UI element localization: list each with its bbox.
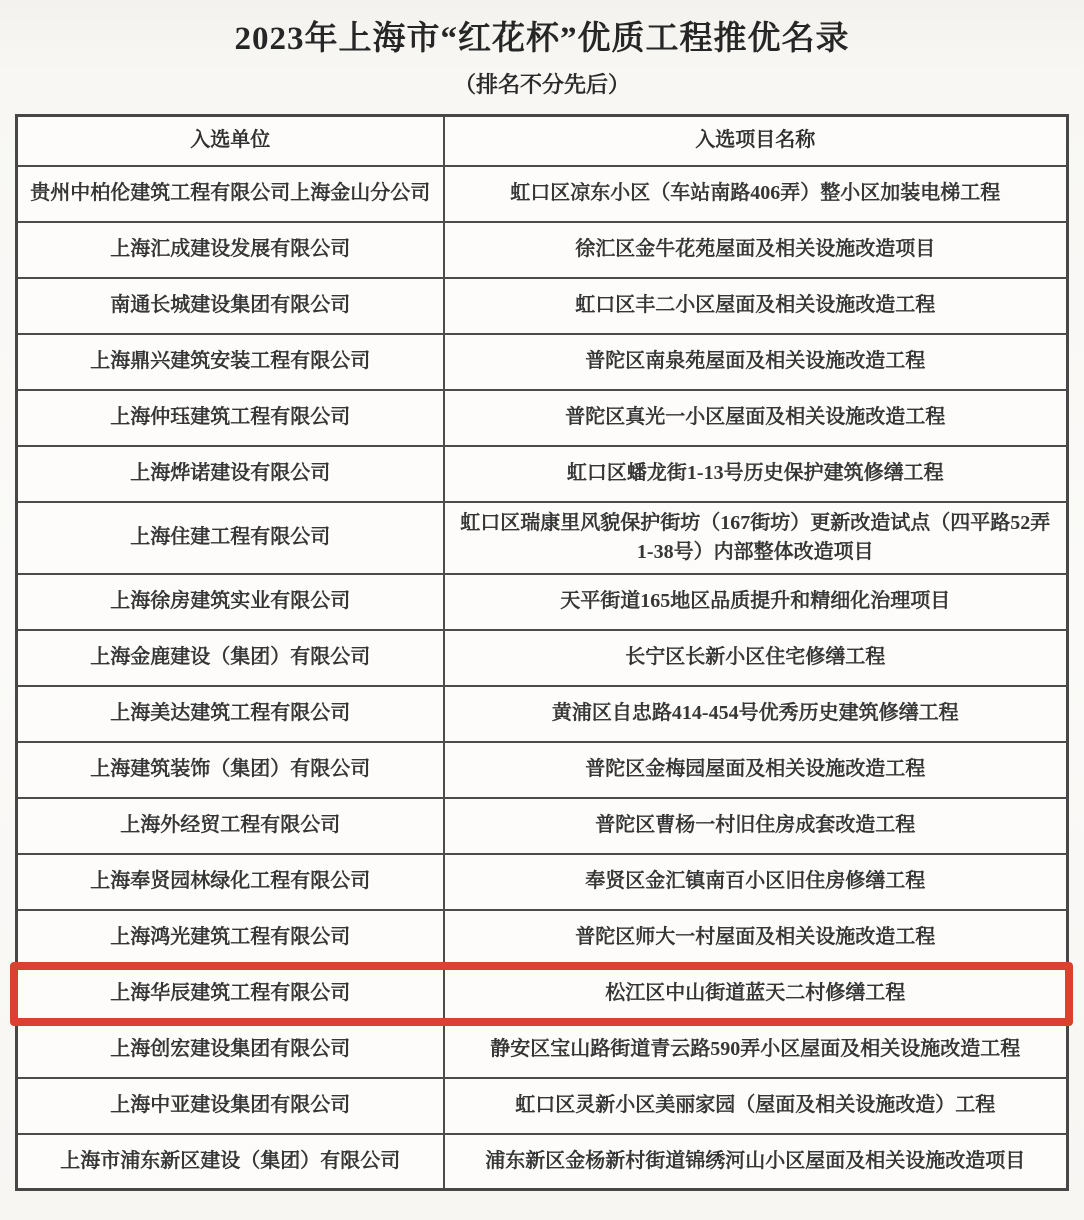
project-cell: 长宁区长新小区住宅修缮工程 [444, 630, 1068, 686]
project-cell: 普陀区金梅园屋面及相关设施改造工程 [444, 742, 1068, 798]
unit-cell: 上海外经贸工程有限公司 [17, 798, 444, 854]
project-cell: 虹口区蟠龙街1-13号历史保护建筑修缮工程 [444, 446, 1068, 502]
page-title: 2023年上海市“红花杯”优质工程推优名录 [0, 0, 1084, 59]
table-row: 上海市浦东新区建设（集团）有限公司 浦东新区金杨新村街道锦绣河山小区屋面及相关设… [17, 1134, 1068, 1190]
table-row: 上海中亚建设集团有限公司 虹口区灵新小区美丽家园（屋面及相关设施改造）工程 [17, 1078, 1068, 1134]
unit-cell: 上海奉贤园林绿化工程有限公司 [17, 854, 444, 910]
unit-cell: 上海创宏建设集团有限公司 [17, 1022, 444, 1078]
unit-cell: 上海鼎兴建筑安装工程有限公司 [17, 334, 444, 390]
unit-cell: 上海华辰建筑工程有限公司 [17, 966, 444, 1022]
unit-cell: 上海中亚建设集团有限公司 [17, 1078, 444, 1134]
project-cell: 普陀区曹杨一村旧住房成套改造工程 [444, 798, 1068, 854]
table-row: 上海住建工程有限公司 虹口区瑞康里风貌保护街坊（167街坊）更新改造试点（四平路… [17, 502, 1068, 574]
unit-cell: 上海建筑装饰（集团）有限公司 [17, 742, 444, 798]
table-row: 上海烨诺建设有限公司 虹口区蟠龙街1-13号历史保护建筑修缮工程 [17, 446, 1068, 502]
project-cell: 奉贤区金汇镇南百小区旧住房修缮工程 [444, 854, 1068, 910]
award-list-table: 入选单位 入选项目名称 贵州中柏伦建筑工程有限公司上海金山分公司 虹口区凉东小区… [15, 114, 1069, 1191]
unit-cell: 上海美达建筑工程有限公司 [17, 686, 444, 742]
unit-cell: 上海徐房建筑实业有限公司 [17, 574, 444, 630]
table-row: 上海徐房建筑实业有限公司 天平街道165地区品质提升和精细化治理项目 [17, 574, 1068, 630]
project-cell: 普陀区南泉苑屋面及相关设施改造工程 [444, 334, 1068, 390]
project-cell: 虹口区瑞康里风貌保护街坊（167街坊）更新改造试点（四平路52弄1-38号）内部… [444, 502, 1068, 574]
table-body: 贵州中柏伦建筑工程有限公司上海金山分公司 虹口区凉东小区（车站南路406弄）整小… [17, 166, 1068, 1190]
header-project: 入选项目名称 [444, 116, 1068, 166]
table-row: 上海美达建筑工程有限公司 黄浦区自忠路414-454号优秀历史建筑修缮工程 [17, 686, 1068, 742]
project-cell: 虹口区灵新小区美丽家园（屋面及相关设施改造）工程 [444, 1078, 1068, 1134]
project-cell: 普陀区真光一小区屋面及相关设施改造工程 [444, 390, 1068, 446]
unit-cell: 上海烨诺建设有限公司 [17, 446, 444, 502]
table-row: 南通长城建设集团有限公司 虹口区丰二小区屋面及相关设施改造工程 [17, 278, 1068, 334]
unit-cell: 上海仲珏建筑工程有限公司 [17, 390, 444, 446]
unit-cell: 上海市浦东新区建设（集团）有限公司 [17, 1134, 444, 1190]
unit-cell: 上海鸿光建筑工程有限公司 [17, 910, 444, 966]
table-row: 上海外经贸工程有限公司 普陀区曹杨一村旧住房成套改造工程 [17, 798, 1068, 854]
unit-cell: 上海住建工程有限公司 [17, 502, 444, 574]
project-cell: 松江区中山街道蓝天二村修缮工程 [444, 966, 1068, 1022]
table-row: 上海鸿光建筑工程有限公司 普陀区师大一村屋面及相关设施改造工程 [17, 910, 1068, 966]
unit-cell: 南通长城建设集团有限公司 [17, 278, 444, 334]
header-row: 入选单位 入选项目名称 [17, 116, 1068, 166]
table-row: 上海华辰建筑工程有限公司 松江区中山街道蓝天二村修缮工程 [17, 966, 1068, 1022]
unit-cell: 贵州中柏伦建筑工程有限公司上海金山分公司 [17, 166, 444, 222]
table-row: 贵州中柏伦建筑工程有限公司上海金山分公司 虹口区凉东小区（车站南路406弄）整小… [17, 166, 1068, 222]
scanned-document-page: 2023年上海市“红花杯”优质工程推优名录 （排名不分先后） 入选单位 入选项目… [0, 0, 1084, 1220]
table-row: 上海创宏建设集团有限公司 静安区宝山路街道青云路590弄小区屋面及相关设施改造工… [17, 1022, 1068, 1078]
table-row: 上海仲珏建筑工程有限公司 普陀区真光一小区屋面及相关设施改造工程 [17, 390, 1068, 446]
unit-cell: 上海金鹿建设（集团）有限公司 [17, 630, 444, 686]
project-cell: 天平街道165地区品质提升和精细化治理项目 [444, 574, 1068, 630]
page-subtitle: （排名不分先后） [0, 68, 1084, 99]
table-header: 入选单位 入选项目名称 [17, 116, 1068, 166]
project-cell: 静安区宝山路街道青云路590弄小区屋面及相关设施改造工程 [444, 1022, 1068, 1078]
table-row: 上海奉贤园林绿化工程有限公司 奉贤区金汇镇南百小区旧住房修缮工程 [17, 854, 1068, 910]
table-wrap: 入选单位 入选项目名称 贵州中柏伦建筑工程有限公司上海金山分公司 虹口区凉东小区… [15, 114, 1069, 1191]
table-row: 上海金鹿建设（集团）有限公司 长宁区长新小区住宅修缮工程 [17, 630, 1068, 686]
header-unit: 入选单位 [17, 116, 444, 166]
project-cell: 虹口区丰二小区屋面及相关设施改造工程 [444, 278, 1068, 334]
project-cell: 黄浦区自忠路414-454号优秀历史建筑修缮工程 [444, 686, 1068, 742]
project-cell: 普陀区师大一村屋面及相关设施改造工程 [444, 910, 1068, 966]
project-cell: 虹口区凉东小区（车站南路406弄）整小区加装电梯工程 [444, 166, 1068, 222]
project-cell: 浦东新区金杨新村街道锦绣河山小区屋面及相关设施改造项目 [444, 1134, 1068, 1190]
table-row: 上海汇成建设发展有限公司 徐汇区金牛花苑屋面及相关设施改造项目 [17, 222, 1068, 278]
project-cell: 徐汇区金牛花苑屋面及相关设施改造项目 [444, 222, 1068, 278]
table-row: 上海建筑装饰（集团）有限公司 普陀区金梅园屋面及相关设施改造工程 [17, 742, 1068, 798]
unit-cell: 上海汇成建设发展有限公司 [17, 222, 444, 278]
table-row: 上海鼎兴建筑安装工程有限公司 普陀区南泉苑屋面及相关设施改造工程 [17, 334, 1068, 390]
